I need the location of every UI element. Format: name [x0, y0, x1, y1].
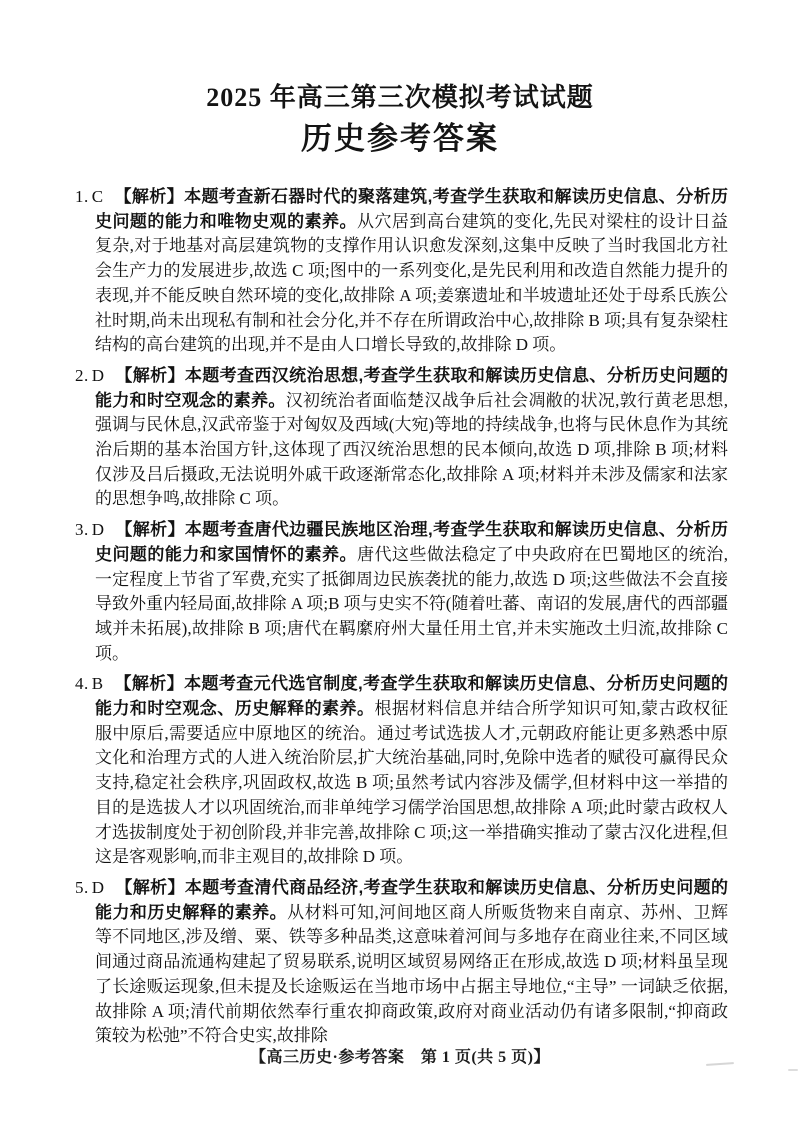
analysis-explanation: 从材料可知,河间地区商人所贩货物来自南京、苏州、卫辉等不同地区,涉及缯、粟、铁等… — [95, 903, 728, 1046]
analysis-explanation: 根据材料信息并结合所学知识可知,蒙古政权征服中原后,需要适应中原地区的统治。通过… — [95, 699, 728, 866]
question-number: 3. — [75, 520, 89, 539]
subject-answer-title: 历史参考答案 — [0, 117, 800, 161]
answer-item-5: 5.D【解析】本题考查清代商品经济,考查学生获取和解读历史信息、分析历史问题的能… — [75, 876, 728, 1049]
exam-title: 2025 年高三第三次模拟考试试题 — [0, 80, 800, 116]
answer-choice: D — [92, 520, 104, 539]
analysis-label: 【解析】 — [115, 366, 185, 385]
scan-artifact — [788, 1069, 798, 1071]
page-footer: 【高三历史·参考答案 第 1 页(共 5 页)】 — [0, 1044, 800, 1067]
analysis-label: 【解析】 — [114, 187, 184, 206]
answer-choice: D — [92, 878, 104, 897]
answer-item-2: 2.D【解析】本题考查西汉统治思想,考查学生获取和解读历史信息、分析历史问题的能… — [75, 364, 728, 512]
analysis-label: 【解析】 — [115, 520, 185, 539]
answer-choice: B — [92, 674, 103, 693]
answer-item-3: 3.D【解析】本题考查唐代边疆民族地区治理,考查学生获取和解读历史信息、分析历史… — [75, 518, 728, 666]
question-number: 5. — [75, 878, 89, 897]
answer-choice: C — [92, 187, 103, 206]
question-number: 1. — [75, 187, 89, 206]
answers-content: 1.C【解析】本题考查新石器时代的聚落建筑,考查学生获取和解读历史信息、分析历史… — [75, 185, 728, 1049]
question-number: 4. — [75, 674, 89, 693]
answer-choice: D — [92, 366, 104, 385]
analysis-label: 【解析】 — [114, 674, 184, 693]
question-number: 2. — [75, 366, 89, 385]
answer-item-1: 1.C【解析】本题考查新石器时代的聚落建筑,考查学生获取和解读历史信息、分析历史… — [75, 185, 728, 358]
exam-answer-sheet-page: 2025 年高三第三次模拟考试试题 历史参考答案 1.C【解析】本题考查新石器时… — [0, 0, 800, 1124]
analysis-label: 【解析】 — [115, 878, 185, 897]
answer-item-4: 4.B【解析】本题考查元代选官制度,考查学生获取和解读历史信息、分析历史问题的能… — [75, 672, 728, 870]
title-block: 2025 年高三第三次模拟考试试题 历史参考答案 — [0, 0, 800, 161]
analysis-explanation: 从穴居到高台建筑的变化,先民对梁柱的设计日益复杂,对于地基对高层建筑物的支撑作用… — [95, 212, 728, 355]
